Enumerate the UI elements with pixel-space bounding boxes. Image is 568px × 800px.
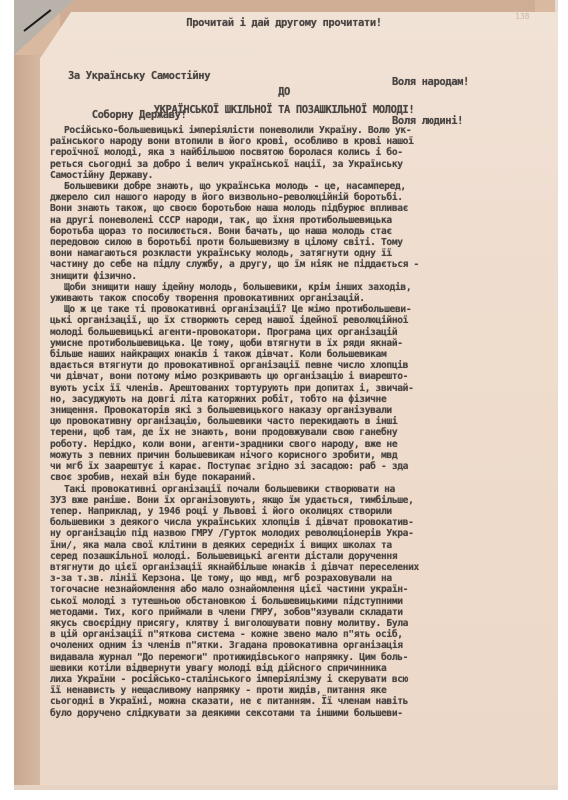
body-line: реться сьогодні за добро і велич українс… (50, 159, 530, 170)
body-line: чи дівчат, вони потому мімо розкривають … (50, 371, 530, 382)
body-line: Самостійну Державу. (50, 170, 530, 181)
body-line: лиха України - російсько-сталінського ім… (50, 674, 530, 685)
body-line: уживають також способу творення провокат… (50, 293, 530, 304)
body-line: молоді большевицькі агенти-провокатори. … (50, 327, 530, 338)
body-line: втягнути до цієї організації якнайбільше… (50, 562, 530, 573)
leaflet-motto: Прочитай і дай другому прочитати! (0, 17, 568, 29)
body-line: джерело сил нашого народу в його визволь… (50, 192, 530, 203)
body-line: вдається втягнути до провокативної орган… (50, 360, 530, 371)
body-line: большевики з деякого числа українських х… (50, 517, 530, 528)
body-line: на другі поневолені СССР народи, так, що… (50, 215, 530, 226)
body-line: чи мгб їх заарештує і карає. Поступає зг… (50, 461, 530, 472)
body-line: якусь своєрідну присягу, клятву і виголо… (50, 618, 530, 629)
body-line: ЗУЗ вже раніше. Вони їх організовують, я… (50, 495, 530, 506)
body-line: вують усіх її членів. Арештованих тортур… (50, 383, 530, 394)
body-line: роботу. Нерідко, коли вони, агенти-зрадн… (50, 439, 530, 450)
body-line: було доручено слідкувати за деякими секс… (50, 708, 530, 719)
address-to: ДО (0, 86, 568, 98)
address-title: УКРАЇНСЬКОЇ ШКІЛЬНОЇ ТА ПОЗАШКІЛЬНОЇ МОЛ… (0, 104, 568, 116)
body-line: раїнського народу вони втопили в його кр… (50, 136, 530, 147)
body-line: знищення. Провокаторів які з большевицьк… (50, 405, 530, 416)
body-line: сьогодні в Україні, можна сказати, не є … (50, 696, 530, 707)
body-line: своє зробив, нехай він буде покараний. (50, 472, 530, 483)
body-line: частину до себе на підлу службу, а другу… (50, 259, 530, 270)
body-line: Що ж це таке ті провокативні організації… (50, 304, 530, 315)
body-line: терени, щоб там, де їх не знають, вони п… (50, 427, 530, 438)
body-line: Такі провокативні організації почали бол… (50, 484, 530, 495)
body-line: героїчної молоді, яка з найбільшою посвя… (50, 147, 530, 158)
body-line: видавала журнал "До перемоги" протижидів… (50, 652, 530, 663)
body-line: тогочасне незнайомлення або мало ознайом… (50, 584, 530, 595)
body-line: тепер. Наприклад, у 1946 році у Львові і… (50, 506, 530, 517)
body-line: передовою силою в боротьбі проти большев… (50, 237, 530, 248)
body-line: їни/, яка мала свої клітини в деяких сер… (50, 540, 530, 551)
body-line: ну організацію під назвою ГМРУ /Гурток м… (50, 528, 530, 539)
body-line: но, засуджують на довгі літа каторжних р… (50, 394, 530, 405)
body-line: можуть з певних причин большевикам нічог… (50, 450, 530, 461)
body-line: боротьба щораз то посилюється. Вони бача… (50, 226, 530, 237)
backing-left-edge (14, 55, 42, 790)
body-line: Російсько-большевицькі імперіялісти поне… (50, 125, 530, 136)
body-line: більше наших найкращих юнаків і також ді… (50, 349, 530, 360)
body-line: методами. Тих, кого приймали в члени ГМР… (50, 607, 530, 618)
paper-bottom-edge (14, 785, 558, 790)
body-line: умисне протибольшевицька. Це тому, щоби … (50, 338, 530, 349)
body-line: шевики котіли відвернути увагу молоді ві… (50, 663, 530, 674)
body-line: Большевики добре знають, що українська м… (50, 181, 530, 192)
body-line: серед позашкільної молоді. Большевицькі … (50, 551, 530, 562)
body-line: Вони знають також, що своєю боротьбою на… (50, 203, 530, 214)
body-line: знищити фізично. (50, 271, 530, 282)
body-line: в цій організації п"яткова система - кож… (50, 629, 530, 640)
body-line: вони намагаються розкласти українську мо… (50, 248, 530, 259)
body-line: цькі організації, що їх створюють серед … (50, 315, 530, 326)
body-line: Щоби знищити нашу ідейну молодь, большев… (50, 282, 530, 293)
body-line: цю провокативну організацію, большевики … (50, 416, 530, 427)
body-line: очолених одним із членів п"ятки. Згадана… (50, 640, 530, 651)
body-line: ської молоді з тутешньою обстановкою і б… (50, 596, 530, 607)
leaflet-body: Російсько-большевицькі імперіялісти поне… (50, 125, 530, 719)
body-line: з-за т.зв. лінії Керзона. Це тому, що мв… (50, 573, 530, 584)
body-line: її ненависть у нещасливому напрямку - пр… (50, 685, 530, 696)
slogan-left-line-1: За Українську Самостійну (68, 70, 210, 83)
